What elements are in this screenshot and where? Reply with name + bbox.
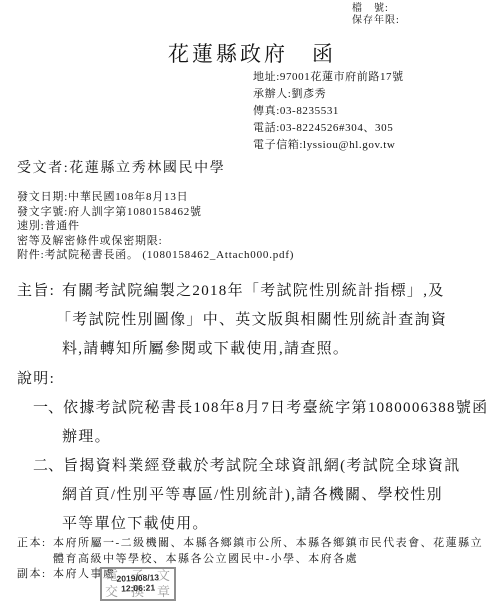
subject-line: 料,請轉知所屬參閱或下載使用,請查照。 xyxy=(17,335,495,364)
description-item-2-cont: 平等單位下載使用。 xyxy=(17,510,495,539)
original-copy-row: 正本:本府所屬一-二級機關、本縣各鄉鎮市公所、本縣各鄉鎮市民代表會、花蓮縣立 xyxy=(17,536,499,552)
description-label: 說明: xyxy=(17,365,495,394)
description-item-2-cont: 網首頁/性別平等專區/性別統計),請各機關、學校性別 xyxy=(17,481,495,510)
doc-number-line: 發文字號:府人訓字第1080158462號 xyxy=(17,205,294,220)
subject-block: 主旨:有關考試院編製之2018年「考試院性別統計指標」,及 「考試院性別圖像」中… xyxy=(17,277,495,364)
item-number: 二、 xyxy=(33,452,63,481)
file-number-block: 檔 號: 保存年限: xyxy=(352,3,400,27)
item-number: 一、 xyxy=(33,394,63,423)
description-item-1-cont: 辦理。 xyxy=(17,423,495,452)
subject-line: 「考試院性別圖像」中、英文版與相關性別統計查詢資 xyxy=(17,306,495,335)
speed-line: 速別:普通件 xyxy=(17,219,294,234)
item-text: 依據考試院秘書長108年8月7日考臺統字第1080006388號函 xyxy=(63,394,495,423)
contact-address: 地址:97001花蓮市府前路17號 xyxy=(253,69,404,86)
description-block: 說明: 一、依據考試院秘書長108年8月7日考臺統字第1080006388號函 … xyxy=(17,365,495,539)
retention-period-label: 保存年限: xyxy=(352,15,400,27)
subject-line: 主旨:有關考試院編製之2018年「考試院性別統計指標」,及 xyxy=(17,277,495,306)
file-number-label: 檔 號: xyxy=(352,3,400,15)
official-letter-page: 檔 號: 保存年限: 花蓮縣政府 函 地址:97001花蓮市府前路17號 承辦人… xyxy=(0,0,504,612)
contact-email: 電子信箱:lyssiou@hl.gov.tw xyxy=(253,137,404,154)
description-item-2: 二、旨揭資料業經登載於考試院全球資訊網(考試院全球資訊 xyxy=(17,452,495,481)
cc-copy-label: 副本: xyxy=(17,567,53,583)
item-text: 旨揭資料業經登載於考試院全球資訊網(考試院全球資訊 xyxy=(63,452,495,481)
contact-block: 地址:97001花蓮市府前路17號 承辦人:劉彥秀 傳真:03-8235531 … xyxy=(253,69,404,154)
stamp-datetime: 2019/08/13 12:06:21 xyxy=(102,573,175,595)
electronic-exchange-stamp: 電子文 交換章 2019/08/13 12:06:21 xyxy=(100,567,176,601)
distribution-block: 正本:本府所屬一-二級機關、本縣各鄉鎮市公所、本縣各鄉鎮市民代表會、花蓮縣立 體… xyxy=(17,536,499,583)
contact-fax: 傳真:03-8235531 xyxy=(253,103,404,120)
description-item-1: 一、依據考試院秘書長108年8月7日考臺統字第1080006388號函 xyxy=(17,394,495,423)
document-title: 花蓮縣政府 函 xyxy=(0,38,504,68)
original-copy-label: 正本: xyxy=(17,536,53,552)
secrecy-line: 密等及解密條件或保密期限: xyxy=(17,234,294,249)
cc-copy-row: 副本:本府人事處 xyxy=(17,567,499,583)
contact-person: 承辦人:劉彥秀 xyxy=(253,86,404,103)
original-copy-cont: 體育高級中等學校、本縣各公立國民中-小學、本府各處 xyxy=(17,552,499,568)
subject-label: 主旨: xyxy=(17,277,62,306)
recipient-line: 受文者:花蓮縣立秀林國民中學 xyxy=(17,157,225,177)
attachment-line: 附件:考試院秘書長函。 (1080158462_Attach000.pdf) xyxy=(17,248,294,263)
contact-phone: 電話:03-8224526#304、305 xyxy=(253,120,404,137)
meta-block: 發文日期:中華民國108年8月13日 發文字號:府人訓字第1080158462號… xyxy=(17,190,294,263)
subject-text: 有關考試院編製之2018年「考試院性別統計指標」,及 xyxy=(62,283,445,299)
original-copy-text: 本府所屬一-二級機關、本縣各鄉鎮市公所、本縣各鄉鎮市民代表會、花蓮縣立 xyxy=(53,536,499,552)
issue-date-line: 發文日期:中華民國108年8月13日 xyxy=(17,190,294,205)
